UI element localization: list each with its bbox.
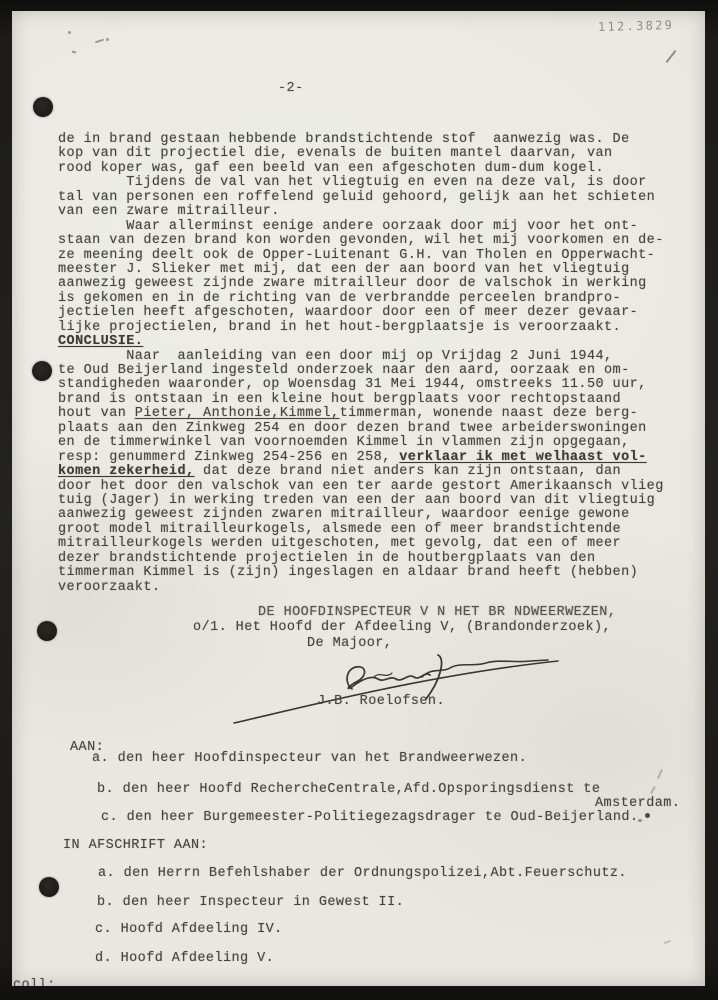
document-line: timmerman Kimmel is (zijn) ingeslagen en… (58, 566, 683, 580)
copies-list: a. den Herrn Befehlshaber der Ordnungspo… (95, 867, 675, 977)
pencil-mark (666, 50, 677, 63)
list-item: d. Hoofd Afdeeling V. (95, 952, 274, 966)
recipients-list: a. den heer Hoofdinspecteur van het Bran… (92, 752, 672, 832)
document-line: lijke projectielen, brand in het hout-be… (58, 321, 683, 335)
document-line: hout van Pieter, Anthonie,Kimmel,timmerm… (58, 407, 683, 421)
collation-note: coll: (13, 979, 56, 986)
document-line: Tijdens de val van het vliegtuig en even… (58, 176, 683, 190)
document-line: van een zware mitrailleur. (58, 205, 683, 219)
copies-heading: IN AFSCHRIFT AAN: (63, 839, 208, 853)
list-item: a. den heer Hoofdinspecteur van het Bran… (92, 752, 527, 766)
list-item: b. den heer Inspecteur in Gewest II. (97, 896, 404, 910)
punch-hole (32, 361, 52, 381)
document-line: standigheden waaronder, op Woensdag 31 M… (58, 378, 683, 392)
document-line: en de timmerwinkel van voornoemden Kimme… (58, 436, 683, 450)
document-line: door het door den valschok van een ter a… (58, 480, 683, 494)
list-item: b. den heer Hoofd RechercheCentrale,Afd.… (97, 783, 600, 797)
document-body: de in brand gestaan hebbende brandsticht… (58, 133, 683, 595)
document-line: Naar aanleiding van een door mij op Vrij… (58, 350, 683, 364)
document-line: dezer brandstichtende projectielen in de… (58, 552, 683, 566)
document-line: kop van dit projectiel die, evenals de b… (58, 147, 683, 161)
pencil-mark (106, 38, 109, 41)
document-line: komen zekerheid, dat deze brand niet and… (58, 465, 683, 479)
document-line: resp: genummerd Zinkweg 254-256 en 258, … (58, 451, 683, 465)
document-line: ze meening deelt ook de Opper-Luitenant … (58, 249, 683, 263)
pencil-mark (95, 39, 104, 44)
list-item: c. Hoofd Afdeeling IV. (95, 923, 283, 937)
scan-background: { "annotations": { "stamp_number": "112.… (0, 0, 718, 1000)
list-item: a. den Herrn Befehlshaber der Ordnungspo… (98, 867, 627, 881)
archive-stamp-number: 112.3829 (598, 18, 675, 34)
document-line: aanwezig geweest zijnde zware mitrailleu… (58, 277, 683, 291)
pencil-mark (68, 31, 71, 34)
signer-name: J.B. Roelofsen. (317, 695, 445, 709)
page-number: -2- (278, 82, 304, 96)
punch-hole (37, 621, 57, 641)
closing-function: o/1. Het Hoofd der Afdeeling V, (Brandon… (193, 621, 611, 635)
document-page: 112.3829 -2- de in brand gestaan hebbend… (12, 11, 705, 986)
document-line: CONCLUSIE. (58, 335, 683, 349)
document-line: mitrailleurkogels werden uitgeschoten, m… (58, 537, 683, 551)
document-line: staan van dezen brand kon worden gevonde… (58, 234, 683, 248)
document-line: jectielen heeft afgeschoten, waardoor do… (58, 306, 683, 320)
handwritten-signature (226, 637, 566, 732)
document-line: Waar allerminst eenige andere oorzaak do… (58, 220, 683, 234)
recipient-continuation: Amsterdam. (595, 797, 680, 811)
list-item: c. den heer Burgemeester-Politiegezagsdr… (101, 811, 638, 825)
document-line: veroorzaakt. (58, 581, 683, 595)
punch-hole (33, 97, 53, 117)
document-line: aanwezig geweest zijnden zwaren mitraill… (58, 508, 683, 522)
punch-hole (39, 877, 59, 897)
closing-organization: DE HOOFDINSPECTEUR V N HET BR NDWEERWEZE… (258, 606, 616, 620)
pencil-mark (72, 51, 76, 54)
